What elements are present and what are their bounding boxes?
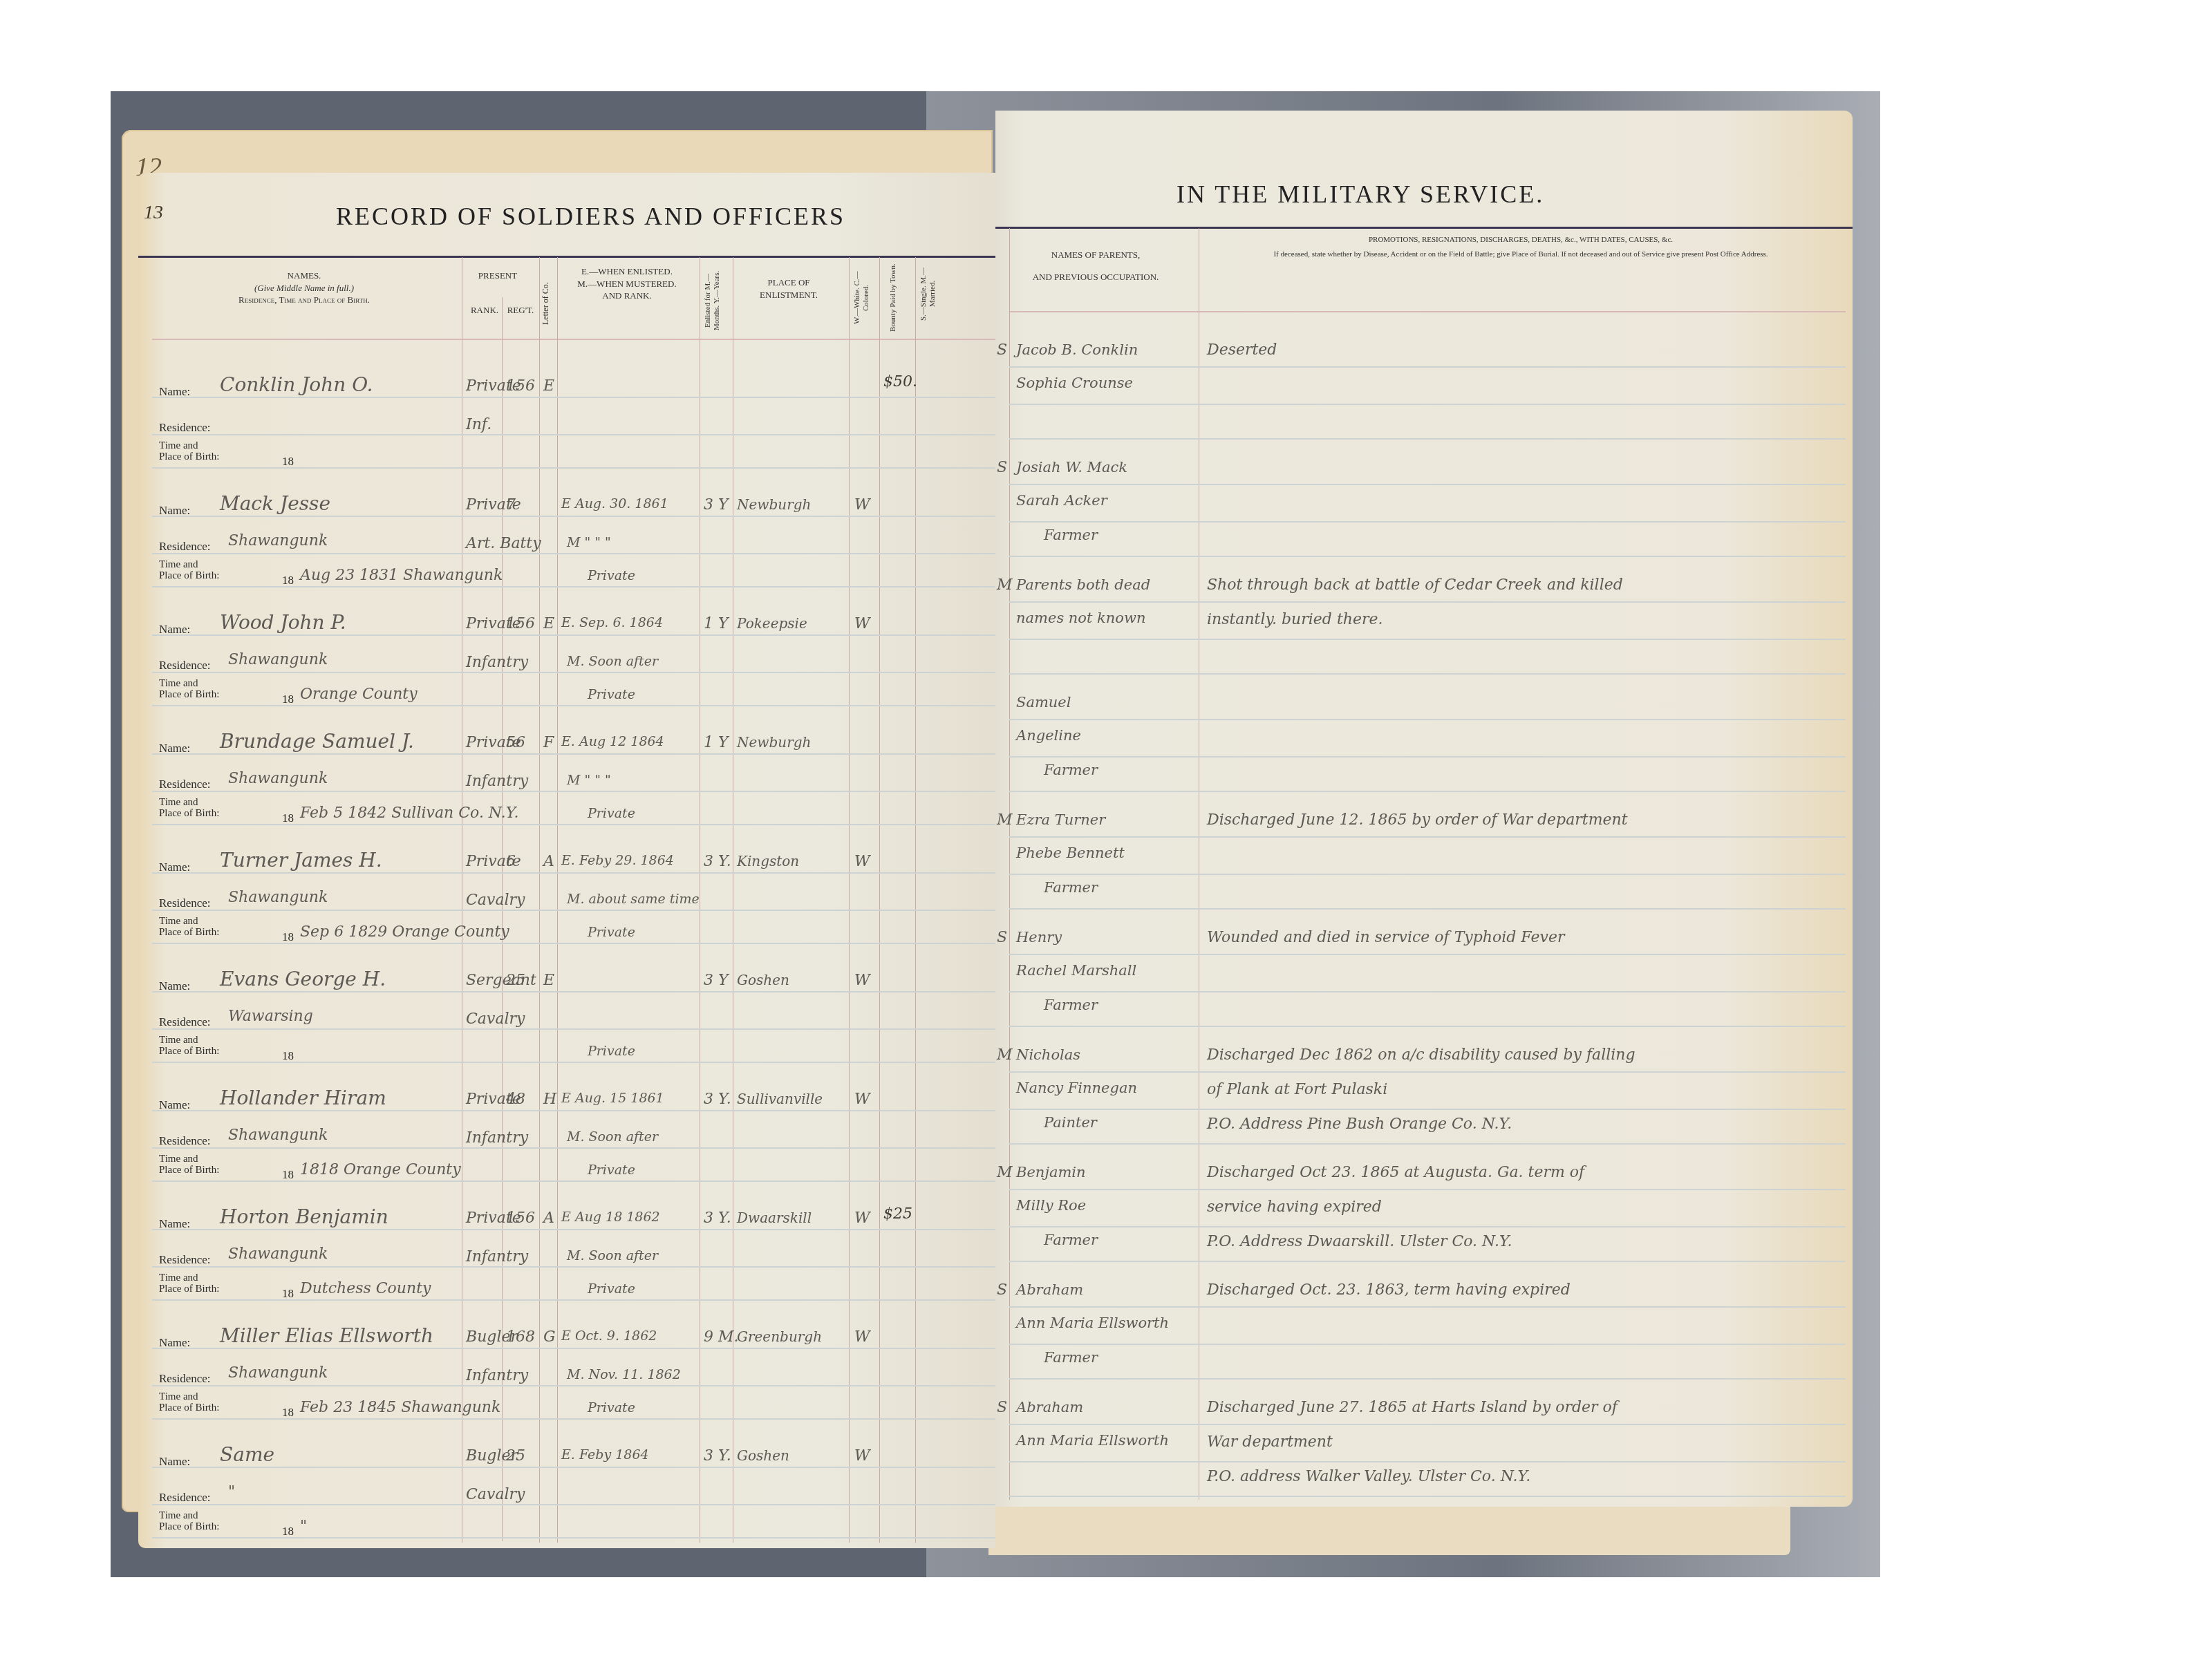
bounty-value: $25 (883, 1205, 912, 1223)
row-rule (152, 824, 995, 825)
remark-line: Discharged June 27. 1865 at Harts Island… (1207, 1399, 1618, 1416)
mustered-date: M. Soon after (567, 654, 658, 669)
remark-line: Discharged June 12. 1865 by order of War… (1207, 811, 1628, 829)
row-rule (1009, 1026, 1846, 1027)
white-colored-value: W (854, 1091, 870, 1108)
row-rule (152, 1348, 995, 1349)
rank-branch: Infantry (466, 773, 528, 790)
single-married-value: M (997, 811, 1013, 829)
row-rule (1009, 719, 1846, 720)
remark-line: Wounded and died in service of Typhoid F… (1207, 929, 1564, 946)
parent-mother: Nancy Finnegan (1016, 1080, 1137, 1096)
enlistment-place: Newburgh (737, 734, 811, 751)
soldier-name: Evans George H. (220, 968, 386, 990)
remark-line: P.O. Address Pine Bush Orange Co. N.Y. (1207, 1116, 1512, 1133)
label-year-prefix: 18 (282, 455, 294, 469)
label-time-place: Time andPlace of Birth: (159, 560, 219, 582)
mustered-rank: Private (588, 1163, 635, 1178)
parent-father: Samuel (1016, 694, 1071, 711)
parent-mother: Milly Roe (1016, 1197, 1086, 1214)
header-promotions: PROMOTIONS, RESIGNATIONS, DISCHARGES, DE… (1203, 235, 1839, 260)
single-married-value: S (997, 341, 1007, 359)
parent-father: Nicholas (1016, 1046, 1080, 1063)
label-name: Name: (159, 1099, 190, 1111)
label-year-prefix: 18 (282, 693, 294, 706)
table-row-continued: SAbrahamAnn Maria EllsworthDischarged Ju… (995, 1382, 1853, 1500)
parent-father: Abraham (1016, 1281, 1083, 1298)
row-rule (152, 434, 995, 435)
remark-line: of Plank at Fort Pulaski (1207, 1081, 1387, 1098)
white-colored-value: W (854, 496, 870, 514)
table-row: Name:Residence:Time andPlace of Birth:18… (138, 828, 995, 947)
company-letter: E (543, 615, 554, 632)
row-rule (1009, 991, 1846, 992)
residence-value: Shawangunk (228, 1127, 328, 1144)
row-rule (1009, 791, 1846, 792)
label-year-prefix: 18 (282, 1287, 294, 1301)
remark-line: Discharged Oct 23. 1865 at Augusta. Ga. … (1207, 1164, 1584, 1181)
table-row-continued: MNicholasNancy FinneganPainterDischarged… (995, 1030, 1853, 1147)
row-rule (152, 397, 995, 398)
table-row: Name:Residence:Time andPlace of Birth:18… (138, 1304, 995, 1422)
row-rule (152, 516, 995, 517)
residence-value: Shawangunk (228, 889, 328, 906)
label-year-prefix: 18 (282, 811, 294, 825)
enlisted-date: E Aug. 15 1861 (561, 1091, 664, 1106)
regt-value: 25 (506, 972, 525, 989)
mustered-rank: Private (588, 568, 635, 583)
mustered-date: M. about same time (567, 892, 700, 907)
company-letter: E (543, 377, 554, 395)
row-rule (1009, 1461, 1846, 1462)
table-row: Name:Residence:Time andPlace of Birth:18… (138, 709, 995, 828)
enlisted-date: E. Sep. 6. 1864 (561, 615, 663, 630)
ledger-left-page: 13 RECORD OF SOLDIERS AND OFFICERS NAMES… (138, 173, 995, 1548)
row-rule (152, 1299, 995, 1301)
residence-value: " (228, 1483, 235, 1500)
label-time-place: Time andPlace of Birth: (159, 916, 219, 939)
label-year-prefix: 18 (282, 574, 294, 587)
mustered-date: M " " " (567, 773, 611, 788)
row-rule (152, 1504, 995, 1505)
white-colored-value: W (854, 1210, 870, 1227)
table-row-continued: MBenjaminMilly RoeFarmerDischarged Oct 2… (995, 1147, 1853, 1265)
soldier-name: Horton Benjamin (220, 1205, 388, 1228)
company-letter: F (543, 734, 554, 751)
mustered-rank: Private (588, 806, 635, 821)
enlistment-place: Kingston (737, 853, 799, 869)
mustered-date: M " " " (567, 535, 611, 550)
row-rule (152, 586, 995, 587)
term-value: 1 Y (704, 734, 729, 751)
remark-line: service having expired (1207, 1198, 1382, 1216)
row-rule (152, 943, 995, 944)
header-names: NAMES. (Give Middle Name in full.) Resid… (152, 270, 456, 306)
remark-line: instantly. buried there. (1207, 611, 1382, 628)
label-residence: Residence: (159, 659, 211, 672)
mustered-date: M. Soon after (567, 1248, 658, 1263)
single-married-value: M (997, 1046, 1013, 1064)
row-rule (152, 910, 995, 911)
birth-value: Dutchess County (300, 1280, 431, 1297)
enlistment-place: Newburgh (737, 496, 811, 513)
company-letter: E (543, 972, 554, 989)
rank-branch: Art. Batty (466, 535, 541, 552)
table-row: Name:Residence:Time andPlace of Birth:18… (138, 352, 995, 471)
birth-value: Sep 6 1829 Orange County (300, 923, 509, 941)
mustered-rank: Private (588, 925, 635, 940)
birth-value: Orange County (300, 686, 418, 703)
label-name: Name: (159, 1337, 190, 1349)
rank-branch: Cavalry (466, 1010, 525, 1028)
label-year-prefix: 18 (282, 1525, 294, 1539)
table-row-continued: SamuelAngelineFarmer (995, 677, 1853, 795)
company-letter: A (543, 1210, 554, 1227)
remark-line: Deserted (1207, 341, 1277, 359)
remark-line: Discharged Oct. 23. 1863, term having ex… (1207, 1281, 1571, 1299)
header-single-married: S.—Single. M.—Married. (919, 256, 940, 332)
table-row: Name:Residence:Time andPlace of Birth:18… (138, 947, 995, 1066)
table-row: Name:Residence:Time andPlace of Birth:18… (138, 590, 995, 709)
parent-father: Josiah W. Mack (1016, 459, 1127, 476)
enlisted-date: E. Aug 12 1864 (561, 734, 664, 749)
term-value: 3 Y (704, 496, 729, 514)
row-rule (1009, 1143, 1846, 1145)
parent-mother: Rachel Marshall (1016, 962, 1136, 979)
row-rule (1009, 756, 1846, 758)
row-rule (152, 872, 995, 874)
term-value: 9 M. (704, 1328, 739, 1346)
row-rule (152, 467, 995, 469)
table-row: Name:Residence:Time andPlace of Birth:18… (138, 1066, 995, 1185)
rank-branch: Inf. (466, 416, 491, 433)
residence-value: Shawangunk (228, 651, 328, 668)
previous-occupation: Farmer (1044, 1349, 1098, 1366)
soldier-name: Mack Jesse (220, 492, 330, 515)
previous-occupation: Farmer (1044, 762, 1098, 778)
header-rank: RANK. (467, 304, 502, 317)
parent-father: Abraham (1016, 1399, 1083, 1415)
mustered-date: M. Soon after (567, 1129, 658, 1145)
single-married-value: S (997, 929, 1007, 946)
page-title-left: RECORD OF SOLDIERS AND OFFICERS (336, 202, 845, 231)
rank-branch: Infantry (466, 1367, 528, 1384)
residence-value: Wawarsing (228, 1008, 313, 1025)
table-row-continued: SHenryRachel MarshallFarmerWounded and d… (995, 912, 1853, 1030)
header-bounty: Bounty Paid by Town. (889, 260, 910, 336)
regt-value: 6 (506, 853, 516, 870)
residence-value: Shawangunk (228, 1245, 328, 1263)
row-rule (1009, 1378, 1846, 1380)
remark-line: Shot through back at battle of Cedar Cre… (1207, 576, 1623, 594)
remark-line: War department (1207, 1433, 1333, 1451)
table-row: Name:Residence:Time andPlace of Birth:18… (138, 1422, 995, 1541)
row-rule (1009, 1071, 1846, 1073)
term-value: 3 Y. (704, 853, 731, 870)
enlistment-place: Pokeepsie (737, 615, 807, 632)
term-value: 3 Y (704, 972, 729, 989)
residence-value: Shawangunk (228, 532, 328, 549)
previous-occupation: Farmer (1044, 527, 1098, 543)
rank-value: Sergeant (466, 972, 536, 989)
header-place-of-enlistment: PLACE OF ENLISTMENT. (737, 276, 841, 301)
mustered-rank: Private (588, 1281, 635, 1297)
row-rule (152, 1385, 995, 1386)
regt-value: 156 (506, 615, 535, 632)
soldier-name: Conklin John O. (220, 373, 373, 396)
white-colored-value: W (854, 1328, 870, 1346)
label-time-place: Time andPlace of Birth: (159, 798, 219, 820)
residence-value: Shawangunk (228, 770, 328, 787)
rank-branch: Cavalry (466, 1486, 525, 1503)
label-residence: Residence: (159, 1135, 211, 1147)
company-letter: A (543, 853, 554, 870)
parent-mother: names not known (1016, 610, 1146, 626)
row-rule (152, 991, 995, 992)
header-when-enlisted: E.—WHEN ENLISTED. M.—WHEN MUSTERED. AND … (561, 265, 693, 302)
table-row-continued: SJosiah W. MackSarah AckerFarmer (995, 442, 1853, 560)
table-row-continued: SJacob B. ConklinSophia CrounseDeserted (995, 325, 1853, 442)
birth-value: Aug 23 1831 Shawangunk (300, 567, 503, 584)
row-rule (1009, 556, 1846, 557)
label-residence: Residence: (159, 1254, 211, 1266)
row-rule (152, 1180, 995, 1182)
table-row: Name:Residence:Time andPlace of Birth:18… (138, 471, 995, 590)
row-rule (1009, 1109, 1846, 1110)
row-rule (1009, 1189, 1846, 1190)
row-rule (1009, 1306, 1846, 1308)
row-rule (152, 1418, 995, 1420)
table-row-continued: MParents both deadnames not knownShot th… (995, 560, 1853, 677)
row-rule (152, 1147, 995, 1149)
row-rule (1009, 954, 1846, 955)
rank-branch: Infantry (466, 1129, 528, 1147)
residence-value: Shawangunk (228, 1364, 328, 1382)
enlisted-date: E. Feby 29. 1864 (561, 853, 674, 868)
label-residence: Residence: (159, 422, 211, 434)
row-rule (1009, 874, 1846, 875)
row-rule (152, 705, 995, 706)
single-married-value: S (997, 1399, 1007, 1416)
label-time-place: Time andPlace of Birth: (159, 1511, 219, 1533)
row-rule (1009, 1261, 1846, 1262)
row-rule (1009, 1226, 1846, 1227)
ledger-right-page: IN THE MILITARY SERVICE. NAMES OF PARENT… (995, 111, 1853, 1507)
soldier-name: Brundage Samuel J. (220, 730, 414, 753)
previous-occupation: Farmer (1044, 1232, 1098, 1248)
label-year-prefix: 18 (282, 930, 294, 944)
parent-father: Henry (1016, 929, 1062, 945)
label-year-prefix: 18 (282, 1406, 294, 1420)
row-rule (152, 1467, 995, 1468)
enlisted-date: E Aug. 30. 1861 (561, 496, 668, 511)
row-rule (1009, 639, 1846, 640)
row-rule (1009, 908, 1846, 910)
mustered-rank: Private (588, 1400, 635, 1415)
label-name: Name: (159, 386, 190, 398)
page-number: 13 (144, 202, 163, 224)
header-parents: NAMES OF PARENTS, AND PREVIOUS OCCUPATIO… (1009, 249, 1182, 283)
term-value: 3 Y. (704, 1210, 731, 1227)
label-name: Name: (159, 505, 190, 517)
parent-mother: Ann Maria Ellsworth (1016, 1432, 1169, 1449)
rank-branch: Infantry (466, 1248, 528, 1265)
row-rule (152, 1110, 995, 1111)
parent-father: Benjamin (1016, 1164, 1086, 1180)
regt-value: 25 (506, 1447, 525, 1465)
row-rule (1009, 601, 1846, 603)
single-married-value: M (997, 576, 1013, 594)
white-colored-value: W (854, 615, 870, 632)
enlisted-date: E Aug 18 1862 (561, 1210, 660, 1225)
label-residence: Residence: (159, 1492, 211, 1504)
rank-branch: Infantry (466, 654, 528, 671)
parent-mother: Sarah Acker (1016, 492, 1107, 509)
table-row-continued: SAbrahamAnn Maria EllsworthFarmerDischar… (995, 1265, 1853, 1382)
parent-mother: Angeline (1016, 727, 1081, 744)
regt-value: 168 (506, 1328, 535, 1346)
regt-value: 7 (506, 496, 516, 514)
table-row-continued: MEzra TurnerPhebe BennettFarmerDischarge… (995, 795, 1853, 912)
label-residence: Residence: (159, 897, 211, 910)
label-time-place: Time andPlace of Birth: (159, 1154, 219, 1176)
birth-value: 1818 Orange County (300, 1161, 461, 1178)
previous-occupation: Farmer (1044, 879, 1098, 896)
row-rule (1009, 1496, 1846, 1497)
label-time-place: Time andPlace of Birth: (159, 1273, 219, 1295)
regt-value: 56 (506, 734, 525, 751)
label-time-place: Time andPlace of Birth: (159, 679, 219, 701)
label-name: Name: (159, 1218, 190, 1230)
remark-line: Discharged Dec 1862 on a/c disability ca… (1207, 1046, 1635, 1064)
row-rule (152, 1229, 995, 1230)
row-rule (152, 553, 995, 554)
mustered-rank: Private (588, 687, 635, 702)
label-residence: Residence: (159, 1016, 211, 1028)
row-rule (1009, 673, 1846, 675)
row-rule (152, 753, 995, 755)
header-letter-co: Letter of Co. (541, 265, 557, 341)
birth-value: " (300, 1518, 307, 1535)
label-year-prefix: 18 (282, 1049, 294, 1063)
row-rule (152, 1266, 995, 1268)
label-residence: Residence: (159, 778, 211, 791)
term-value: 3 Y. (704, 1091, 731, 1108)
single-married-value: M (997, 1164, 1013, 1181)
label-time-place: Time andPlace of Birth: (159, 441, 219, 463)
row-rule (1009, 484, 1846, 485)
rank-branch: Cavalry (466, 892, 525, 909)
regt-value: 156 (506, 1210, 535, 1227)
regt-value: 48 (506, 1091, 525, 1108)
white-colored-value: W (854, 1447, 870, 1465)
label-name: Name: (159, 623, 190, 636)
row-rule (152, 672, 995, 673)
parent-father: Jacob B. Conklin (1016, 341, 1138, 358)
enlisted-date: E. Feby 1864 (561, 1447, 649, 1462)
row-rule (1009, 438, 1846, 440)
row-rule (1009, 521, 1846, 523)
header-enlisted-for: Enlisted for M.—Months. Y.—Years. (704, 263, 729, 339)
previous-occupation: Painter (1044, 1114, 1097, 1131)
parent-father: Parents both dead (1016, 576, 1150, 593)
parent-mother: Phebe Bennett (1016, 845, 1125, 861)
company-letter: G (543, 1328, 556, 1346)
header-present: PRESENT (463, 270, 532, 282)
mustered-rank: Private (588, 1044, 635, 1059)
enlistment-place: Goshen (737, 972, 789, 988)
enlistment-place: Sullivanville (737, 1091, 823, 1107)
label-name: Name: (159, 980, 190, 992)
label-name: Name: (159, 1456, 190, 1468)
enlistment-place: Dwaarskill (737, 1210, 812, 1226)
remark-line: P.O. Address Dwaarskill. Ulster Co. N.Y. (1207, 1233, 1512, 1250)
single-married-value: S (997, 459, 1007, 476)
birth-value: Feb 5 1842 Sullivan Co. N.Y. (300, 805, 518, 822)
term-value: 3 Y. (704, 1447, 731, 1465)
row-rule (1009, 1424, 1846, 1425)
white-colored-value: W (854, 853, 870, 870)
regt-value: 156 (506, 377, 535, 395)
label-name: Name: (159, 861, 190, 874)
label-name: Name: (159, 742, 190, 755)
parent-mother: Ann Maria Ellsworth (1016, 1315, 1169, 1331)
enlistment-place: Goshen (737, 1447, 789, 1464)
table-row: Name:Residence:Time andPlace of Birth:18… (138, 1185, 995, 1304)
row-rule (152, 791, 995, 792)
soldier-name: Turner James H. (220, 849, 382, 872)
row-rule (152, 1537, 995, 1539)
header-regt: REG'T. (503, 304, 538, 317)
label-residence: Residence: (159, 540, 211, 553)
previous-occupation: Farmer (1044, 997, 1098, 1013)
soldier-name: Hollander Hiram (220, 1086, 386, 1109)
parent-father: Ezra Turner (1016, 811, 1105, 828)
header-white-colored: W.—White. C.—Colored. (853, 260, 874, 336)
single-married-value: S (997, 1281, 1007, 1299)
row-rule (152, 634, 995, 636)
bounty-value: $50. (883, 373, 917, 391)
row-rule (1009, 366, 1846, 368)
label-time-place: Time andPlace of Birth: (159, 1392, 219, 1414)
parent-mother: Sophia Crounse (1016, 375, 1133, 391)
remark-line: P.O. address Walker Valley. Ulster Co. N… (1207, 1468, 1530, 1485)
row-rule (152, 1028, 995, 1030)
row-rule (152, 1062, 995, 1063)
term-value: 1 Y (704, 615, 729, 632)
row-rule (1009, 836, 1846, 838)
row-rule (1009, 404, 1846, 405)
birth-value: Feb 23 1845 Shawangunk (300, 1399, 500, 1416)
row-rule (1009, 1344, 1846, 1345)
enlisted-date: E Oct. 9. 1862 (561, 1328, 657, 1344)
enlistment-place: Greenburgh (737, 1328, 822, 1345)
company-letter: H (543, 1091, 556, 1108)
soldier-name: Wood John P. (220, 611, 346, 634)
white-colored-value: W (854, 972, 870, 989)
label-year-prefix: 18 (282, 1168, 294, 1182)
page-title-right: IN THE MILITARY SERVICE. (1177, 180, 1544, 209)
label-time-place: Time andPlace of Birth: (159, 1035, 219, 1057)
soldier-name: Same (220, 1443, 274, 1466)
label-residence: Residence: (159, 1373, 211, 1385)
soldier-name: Miller Elias Ellsworth (220, 1324, 433, 1347)
mustered-date: M. Nov. 11. 1862 (567, 1367, 681, 1382)
